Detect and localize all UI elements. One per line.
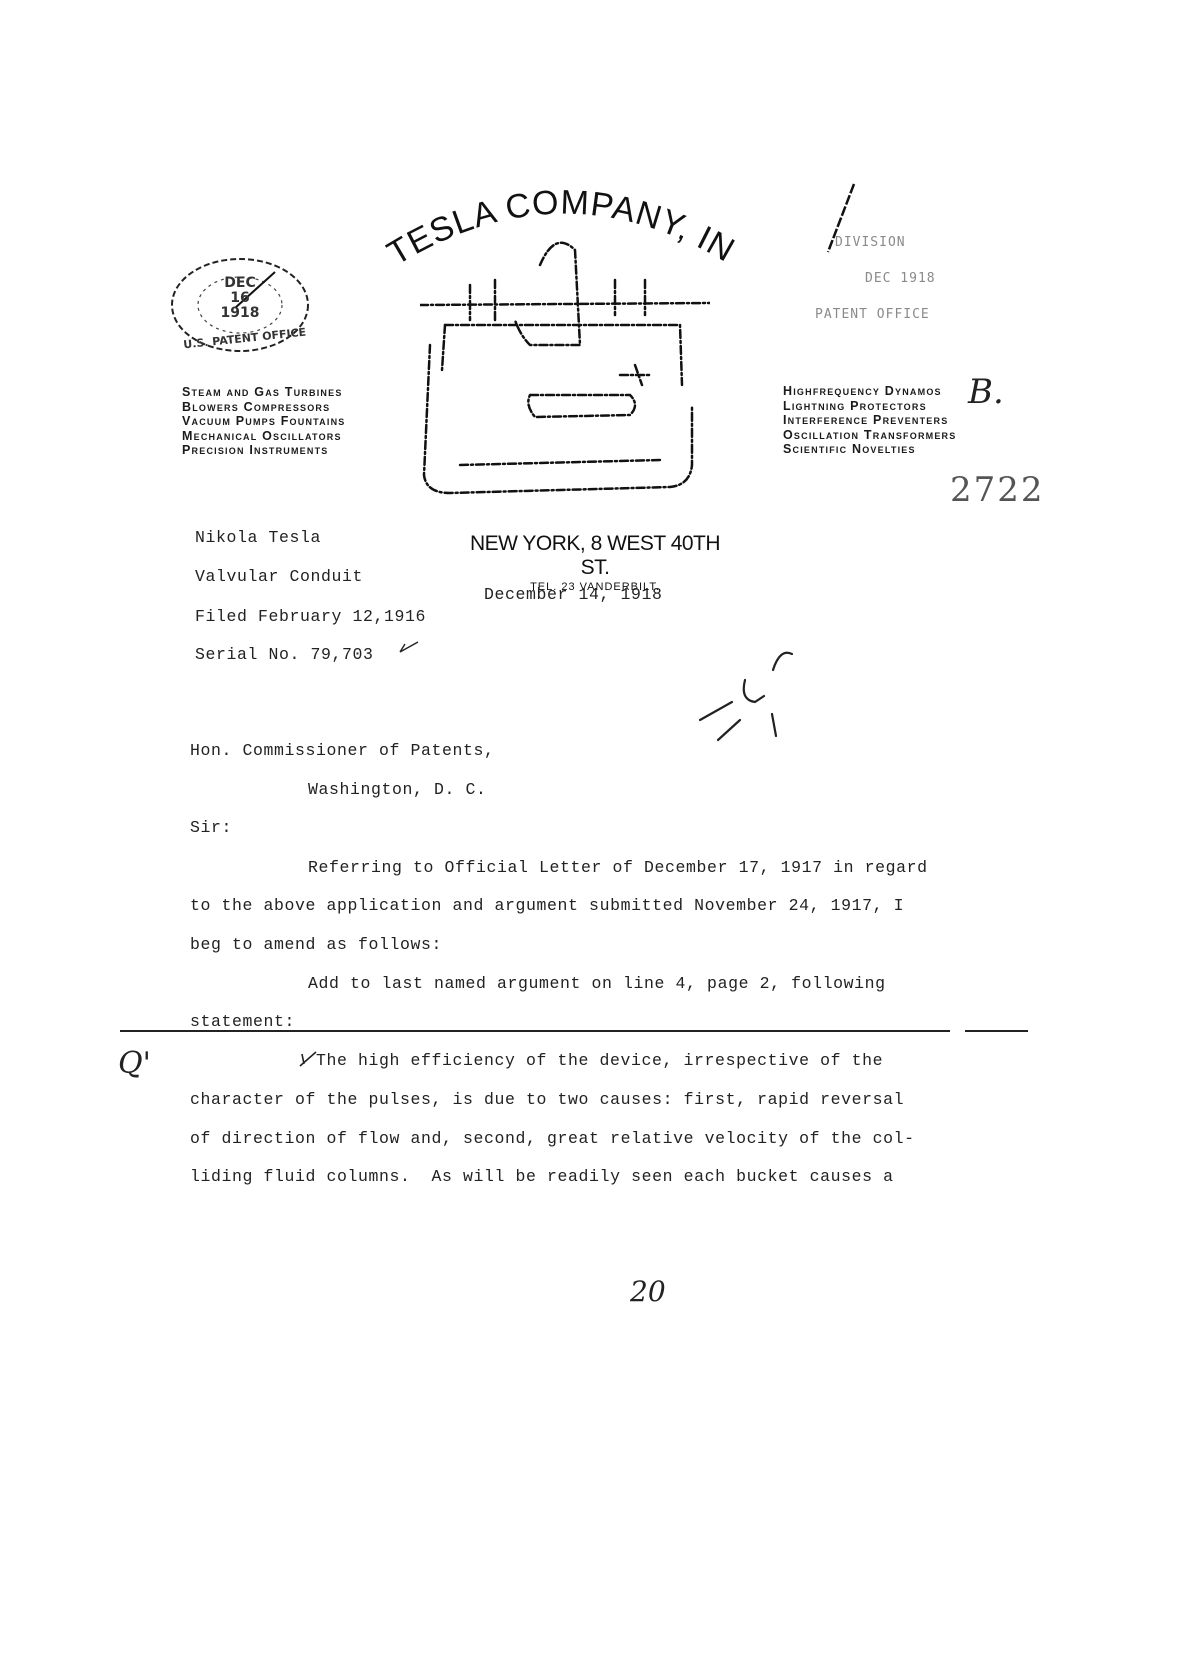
stamp-year: 1918 — [217, 306, 263, 321]
pencil-marks — [680, 640, 900, 760]
product-item: Mechanical Oscillators — [182, 429, 346, 444]
body-line: The high efficiency of the device, irres… — [316, 1051, 883, 1070]
body-line: character of the pulses, is due to two c… — [190, 1090, 904, 1109]
stamp-day: 16 — [217, 291, 263, 306]
letter-date: December 14, 1918 — [484, 585, 663, 604]
body-line: to the above application and argument su… — [190, 896, 904, 915]
company-address: NEW YORK, 8 WEST 40TH ST. — [460, 532, 730, 580]
address-block: NEW YORK, 8 WEST 40TH ST. TEL. 23 VANDER… — [460, 532, 730, 593]
product-item: Vacuum Pumps Fountains — [182, 414, 346, 429]
product-item: Blowers Compressors — [182, 400, 346, 415]
faded-stamp-line: DEC 1918 — [795, 261, 936, 297]
product-item: Precision Instruments — [182, 443, 346, 458]
addressee-title: Hon. Commissioner of Patents, — [190, 741, 495, 760]
product-item: Oscillation Transformers — [783, 428, 956, 443]
margin-mark: Q' — [118, 1046, 151, 1081]
body-line: beg to amend as follows: — [190, 935, 442, 954]
body-line: Referring to Official Letter of December… — [308, 858, 928, 877]
serial-number: Serial No. 79,703 — [195, 645, 374, 664]
tick-mark-icon — [398, 640, 420, 656]
body-line: statement: — [190, 1012, 295, 1031]
product-item: Lightning Protectors — [783, 399, 956, 414]
right-product-list: Highfrequency Dynamos Lightning Protecto… — [783, 384, 956, 457]
product-item: Highfrequency Dynamos — [783, 384, 956, 399]
stamp-month: DEC — [217, 276, 263, 291]
body-line: liding fluid columns. As will be readily… — [190, 1167, 894, 1186]
filing-date: Filed February 12,1916 — [195, 607, 426, 626]
product-item: Scientific Novelties — [783, 442, 956, 457]
product-item: Steam and Gas Turbines — [182, 385, 346, 400]
check-mark-icon — [820, 180, 860, 260]
invention-title: Valvular Conduit — [195, 567, 363, 586]
left-product-list: Steam and Gas Turbines Blowers Compresso… — [182, 385, 346, 458]
file-number: 2722 — [950, 470, 1045, 510]
faded-division-stamp: DIVISION DEC 1918 PATENT OFFICE — [795, 225, 936, 333]
salutation: Sir: — [190, 818, 232, 837]
machine-illustration — [420, 225, 710, 500]
faded-stamp-line: PATENT OFFICE — [795, 297, 936, 333]
product-item: Interference Preventers — [783, 413, 956, 428]
body-line: Add to last named argument on line 4, pa… — [308, 974, 886, 993]
insert-mark-icon — [298, 1050, 318, 1068]
divider-line — [965, 1030, 1028, 1032]
handwritten-b-mark: B. — [968, 372, 1004, 412]
faded-stamp-line: DIVISION — [795, 225, 936, 261]
received-stamp: DEC 16 1918 U.S. PATENT OFFICE — [165, 250, 315, 360]
body-line: of direction of flow and, second, great … — [190, 1129, 915, 1148]
divider-line — [120, 1030, 950, 1032]
page-number: 20 — [630, 1275, 666, 1308]
inventor-name: Nikola Tesla — [195, 528, 321, 547]
addressee-city: Washington, D. C. — [308, 780, 487, 799]
